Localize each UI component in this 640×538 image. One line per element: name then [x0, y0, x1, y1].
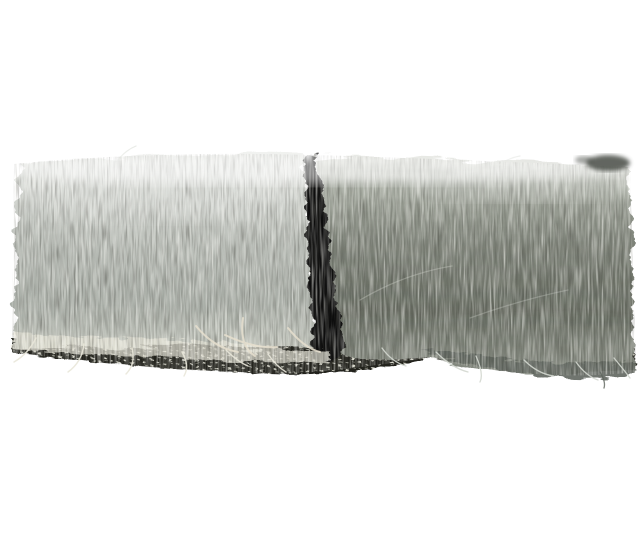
left-sheen	[20, 164, 300, 220]
product-image	[0, 0, 640, 538]
top-right-dark-tuft	[586, 155, 630, 171]
rug-photo-svg	[0, 0, 640, 538]
top-right-dark-tuft-small	[575, 156, 593, 164]
page-background	[0, 0, 640, 538]
